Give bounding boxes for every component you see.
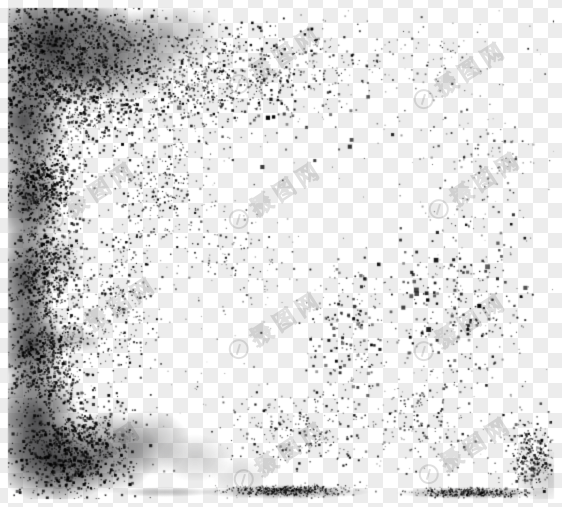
particle-explosion-image <box>0 0 562 507</box>
stock-image-preview: 摄图网摄图网摄图网摄图网摄图网摄图网摄图网摄图网摄图网摄图网摄图网摄图网 <box>0 0 562 507</box>
